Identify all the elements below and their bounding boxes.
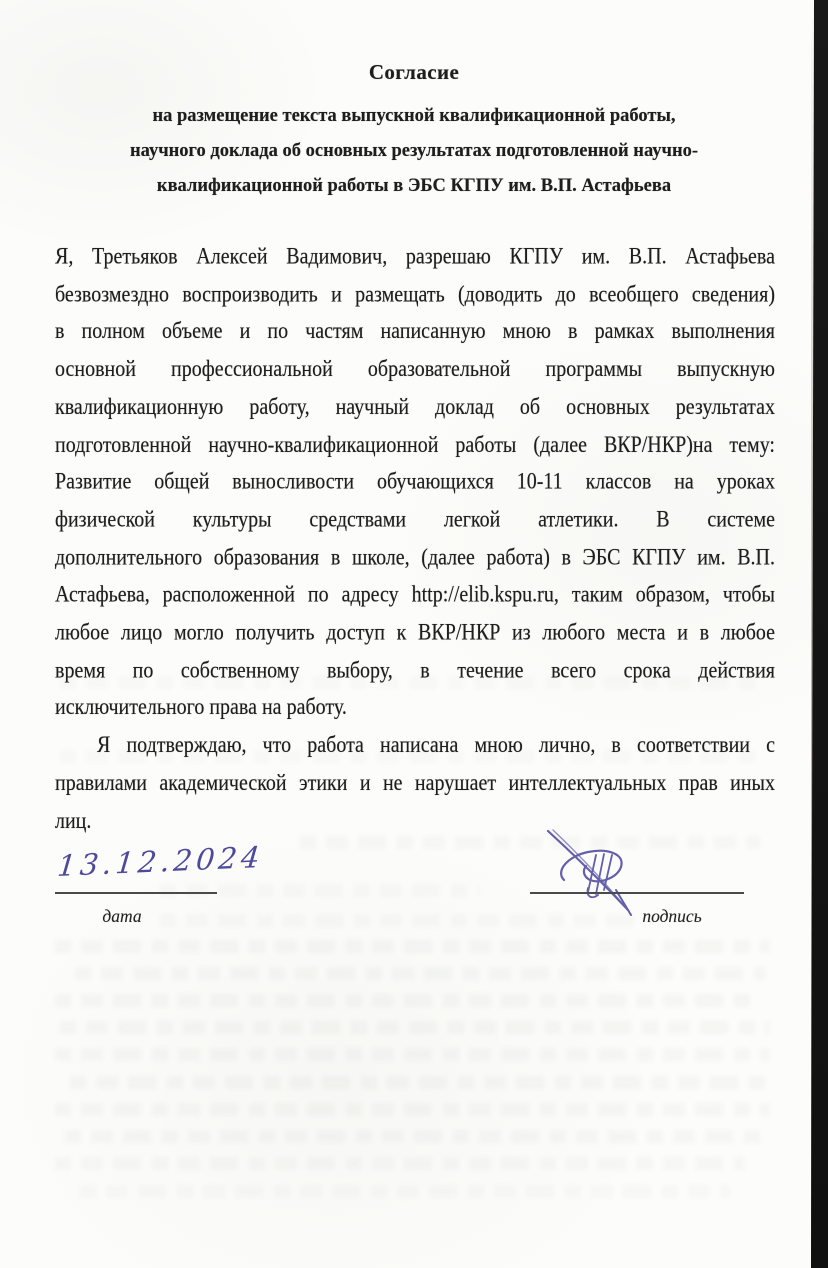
body-line: безвозмездно воспроизводить и размещать … — [55, 276, 775, 314]
body-line: любое лицо могло получить доступ к ВКР/Н… — [55, 614, 775, 652]
bleed-through-row — [55, 1103, 770, 1116]
bleed-through-row — [70, 1076, 765, 1089]
bleed-through-row — [80, 1185, 730, 1198]
body-line: в полном объеме и по частям написанную м… — [55, 313, 775, 351]
body-line: основной профессиональной образовательно… — [55, 351, 775, 389]
bleed-through-row — [60, 676, 760, 689]
body-line: подготовленной научно-квалификационной р… — [55, 426, 775, 464]
body-line: физической культуры средствами легкой ат… — [55, 501, 775, 539]
body-line: дополнительного образования в школе, (да… — [55, 539, 775, 577]
subtitle-line: научного доклада об основных результатах… — [54, 134, 774, 169]
bleed-through-row — [300, 836, 760, 849]
document-subtitle: на размещение текста выпускной квалифика… — [54, 99, 774, 204]
subtitle-line: квалификационной работы в ЭБС КГПУ им. В… — [54, 169, 774, 204]
scanned-consent-document: Согласие на размещение текста выпускной … — [0, 0, 828, 1268]
subtitle-line: на размещение текста выпускной квалифика… — [54, 99, 774, 134]
bleed-through-row — [65, 1130, 765, 1143]
bleed-through-row — [75, 967, 765, 980]
body-line: правилами академической этики и не наруш… — [55, 765, 775, 803]
bleed-through-row — [60, 1021, 770, 1034]
body-line: квалификационную работу, научный доклад … — [55, 388, 775, 426]
bleed-through-row — [55, 940, 770, 953]
bleed-through-row — [55, 1157, 745, 1170]
bleed-through-row — [160, 914, 640, 927]
bleed-through-row — [160, 884, 480, 897]
signature-underline — [530, 892, 744, 894]
bleed-through-row — [55, 1048, 770, 1061]
body-line: исключительного права на работу. — [55, 689, 775, 727]
document-title: Согласие — [54, 60, 774, 85]
body-line: Астафьева, расположенной по адресу http:… — [55, 576, 775, 614]
body-line: Развитие общей выносливости обучающихся … — [55, 464, 775, 502]
body-line: Я, Третьяков Алексей Вадимович, разрешаю… — [55, 238, 775, 276]
bleed-through-row — [55, 994, 760, 1007]
bleed-through-row — [60, 750, 760, 763]
handwritten-date: 13.12.2024 — [56, 840, 259, 883]
